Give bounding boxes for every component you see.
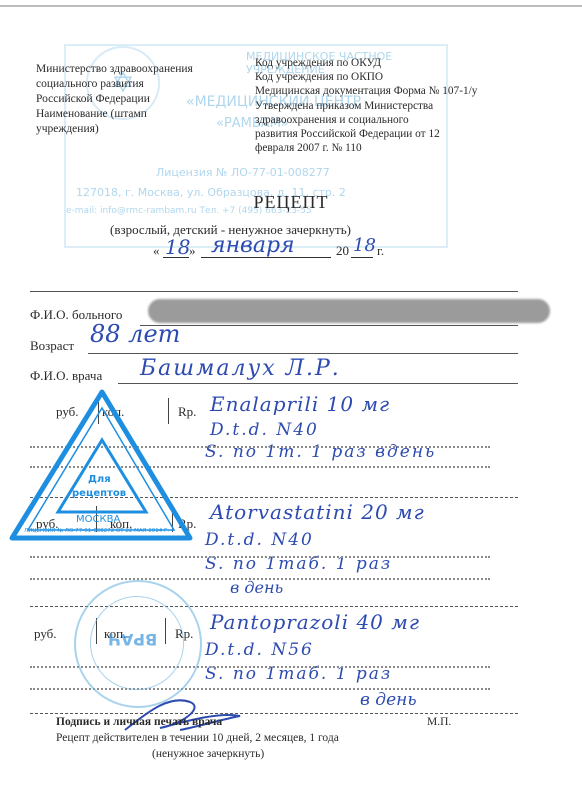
stamp-license: ЛИЦЕНЗИЯ № ЛО-77-01-008272 ОТ 22 МАЯ 201… [24, 528, 169, 534]
patient-underline [140, 325, 518, 326]
stamp-center-text: рецептов [72, 488, 126, 499]
stamp-center-text: ВРАЧ [108, 630, 157, 649]
field-separator [30, 291, 518, 292]
validity-text: Рецепт действителен в течении 10 дней, 2… [56, 732, 339, 744]
institution-header: Министерство здравоохранения социального… [36, 62, 256, 137]
header-line: здравоохранения и социального [255, 113, 575, 127]
header-line: Российской Федерации [36, 92, 256, 107]
rx-line: в день [230, 578, 283, 597]
date-year-prefix: 20 [336, 243, 349, 259]
form-codes-header: Код учреждения по ОКУД Код учреждения по… [255, 56, 575, 155]
validity-note: (ненужное зачеркнуть) [152, 748, 264, 760]
date-year-unit: г. [377, 243, 384, 259]
date-day: 18 [165, 235, 190, 259]
patient-name-redaction [148, 299, 550, 323]
header-line: февраля 2007 г. № 110 [255, 141, 575, 155]
signature-label: Подпись и личная печать врача [56, 716, 222, 728]
stamp-city: МОСКВА [76, 514, 120, 525]
header-line: развития Российской Федерации от 12 [255, 127, 575, 141]
clinic-stamp-line: Лицензия № ЛО-77-01-008277 [156, 166, 330, 179]
rx-line: в день [360, 690, 417, 710]
section-divider [30, 713, 518, 714]
header-line: Медицинская документация Форма № 107-1/у [255, 84, 575, 98]
seal-label: М.П. [427, 716, 451, 728]
date-month: января [211, 233, 295, 258]
rx-line: Enalaprili 10 мг [210, 392, 390, 416]
header-line: Код учреждения по ОКУД [255, 56, 575, 70]
year-underline [351, 257, 373, 258]
date-year-suffix: 18 [353, 235, 376, 256]
rx-line: S. по 1т. 1 раз вдень [205, 442, 436, 462]
doctor-value: Башмалух Л.Р. [140, 356, 341, 381]
age-value: 88 лет [90, 320, 180, 348]
document-title: РЕЦЕПТ [0, 192, 582, 213]
doctor-label: Ф.И.О. врача [30, 368, 102, 384]
stamp-center-text: Для [88, 474, 111, 485]
dotted-line [30, 556, 490, 558]
triangle-stamp: Для рецептов МОСКВА ЛИЦЕНЗИЯ № ЛО-77-01-… [6, 388, 194, 548]
header-line: социального развития [36, 77, 256, 92]
header-line: Министерство здравоохранения [36, 62, 256, 77]
date-close-quote: » [189, 243, 196, 259]
rx-line: D.t.d. N40 [210, 420, 319, 440]
rx-line: Atorvastatini 20 мг [210, 500, 425, 524]
date-row: « 18 » января 20 18 г. [153, 241, 453, 261]
rub-label: руб. [34, 626, 57, 642]
date-open-quote: « [153, 243, 160, 259]
rx-line: Pantoprazoli 40 мг [210, 610, 420, 634]
age-label: Возраст [30, 338, 74, 354]
header-line: Наименование (штамп [36, 107, 256, 122]
doctor-round-stamp: ВРАЧ [74, 580, 202, 708]
top-border [0, 5, 582, 7]
doctor-underline [118, 383, 518, 384]
header-line: учреждения) [36, 122, 256, 137]
dotted-line [30, 578, 490, 580]
header-line: Код учреждения по ОКПО [255, 70, 575, 84]
header-line: Утверждена приказом Министерства [255, 99, 575, 113]
age-underline [88, 353, 518, 354]
rx-line: D.t.d. N56 [205, 640, 314, 660]
rx-line: D.t.d. N40 [205, 530, 314, 550]
